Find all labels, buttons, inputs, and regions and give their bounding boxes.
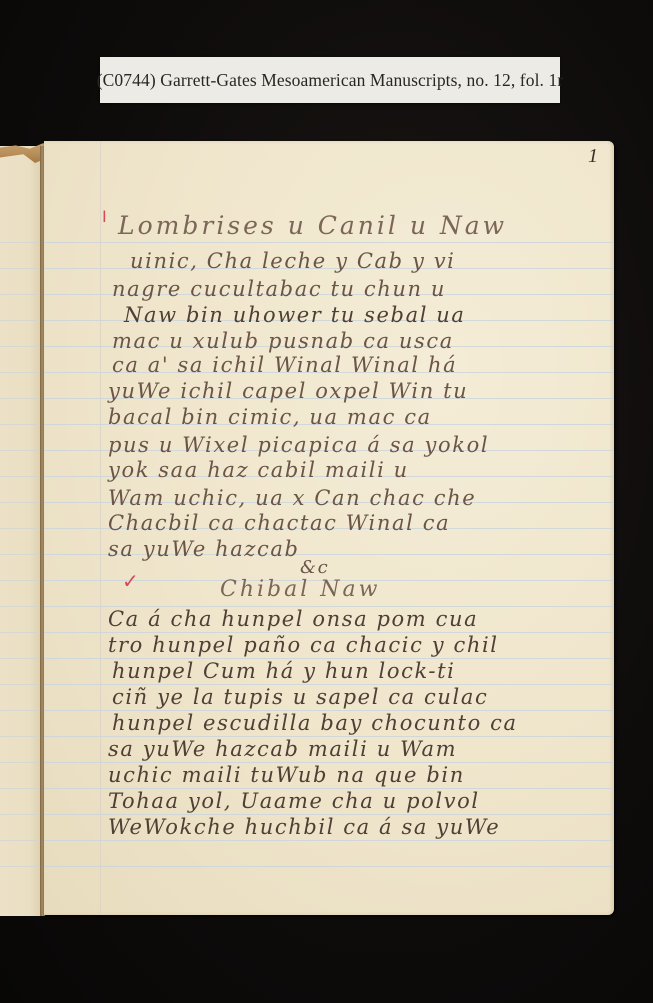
text-line: nagre cucultabac tu chun u bbox=[112, 279, 446, 300]
text-line: WeWokche huchbil ca á sa yuWe bbox=[108, 817, 500, 838]
text-line: yuWe ichil capel oxpel Win tu bbox=[108, 381, 468, 402]
text-line: ca a' sa ichil Winal Winal há bbox=[112, 355, 457, 376]
text-line: Tohaa yol, Uaame cha u polvol bbox=[108, 791, 480, 812]
text-line: mac u xulub pusnab ca usca bbox=[112, 331, 454, 352]
text-line: yok saa haz cabil maili u bbox=[108, 460, 409, 481]
text-line: ciñ ye la tupis u sapel ca culac bbox=[112, 687, 488, 708]
text-line: Chacbil ca chactac Winal ca bbox=[108, 513, 450, 534]
text-line: pus u Wixel picapica á sa yokol bbox=[108, 435, 489, 456]
text-line: Lombrises u Canil u Naw bbox=[118, 213, 507, 238]
text-line: sa yuWe hazcab maili u Wam bbox=[108, 739, 457, 760]
catalog-label: (C0744) Garrett-Gates Mesoamerican Manus… bbox=[100, 57, 560, 103]
catalog-label-text: (C0744) Garrett-Gates Mesoamerican Manus… bbox=[97, 70, 564, 91]
text-line: sa yuWe hazcab bbox=[108, 539, 300, 560]
et-cetera: &c bbox=[300, 559, 329, 577]
text-line: uchic maili tuWub na que bin bbox=[108, 765, 465, 786]
text-line: uinic, Cha leche y Cab y vi bbox=[130, 251, 455, 272]
text-line: Wam uchic, ua x Can chac che bbox=[108, 488, 476, 509]
text-line: hunpel escudilla bay chocunto ca bbox=[112, 713, 518, 734]
text-line: hunpel Cum há y hun lock-ti bbox=[112, 661, 455, 682]
verso-page-edge bbox=[0, 146, 42, 916]
manuscript-page: 1 I ✓ Lombrises u Canil u Naw uinic, Cha… bbox=[44, 141, 614, 915]
red-pencil-mark: I bbox=[102, 207, 107, 226]
section-heading: Chibal Naw bbox=[220, 579, 380, 601]
folio-number: 1 bbox=[588, 145, 598, 168]
text-line: Naw bin uhower tu sebal ua bbox=[124, 305, 466, 326]
text-line: bacal bin cimic, ua mac ca bbox=[108, 407, 432, 428]
text-line: tro hunpel paño ca chacic y chil bbox=[108, 635, 499, 656]
text-line: Ca á cha hunpel onsa pom cua bbox=[108, 609, 478, 630]
red-check-icon: ✓ bbox=[122, 569, 139, 593]
